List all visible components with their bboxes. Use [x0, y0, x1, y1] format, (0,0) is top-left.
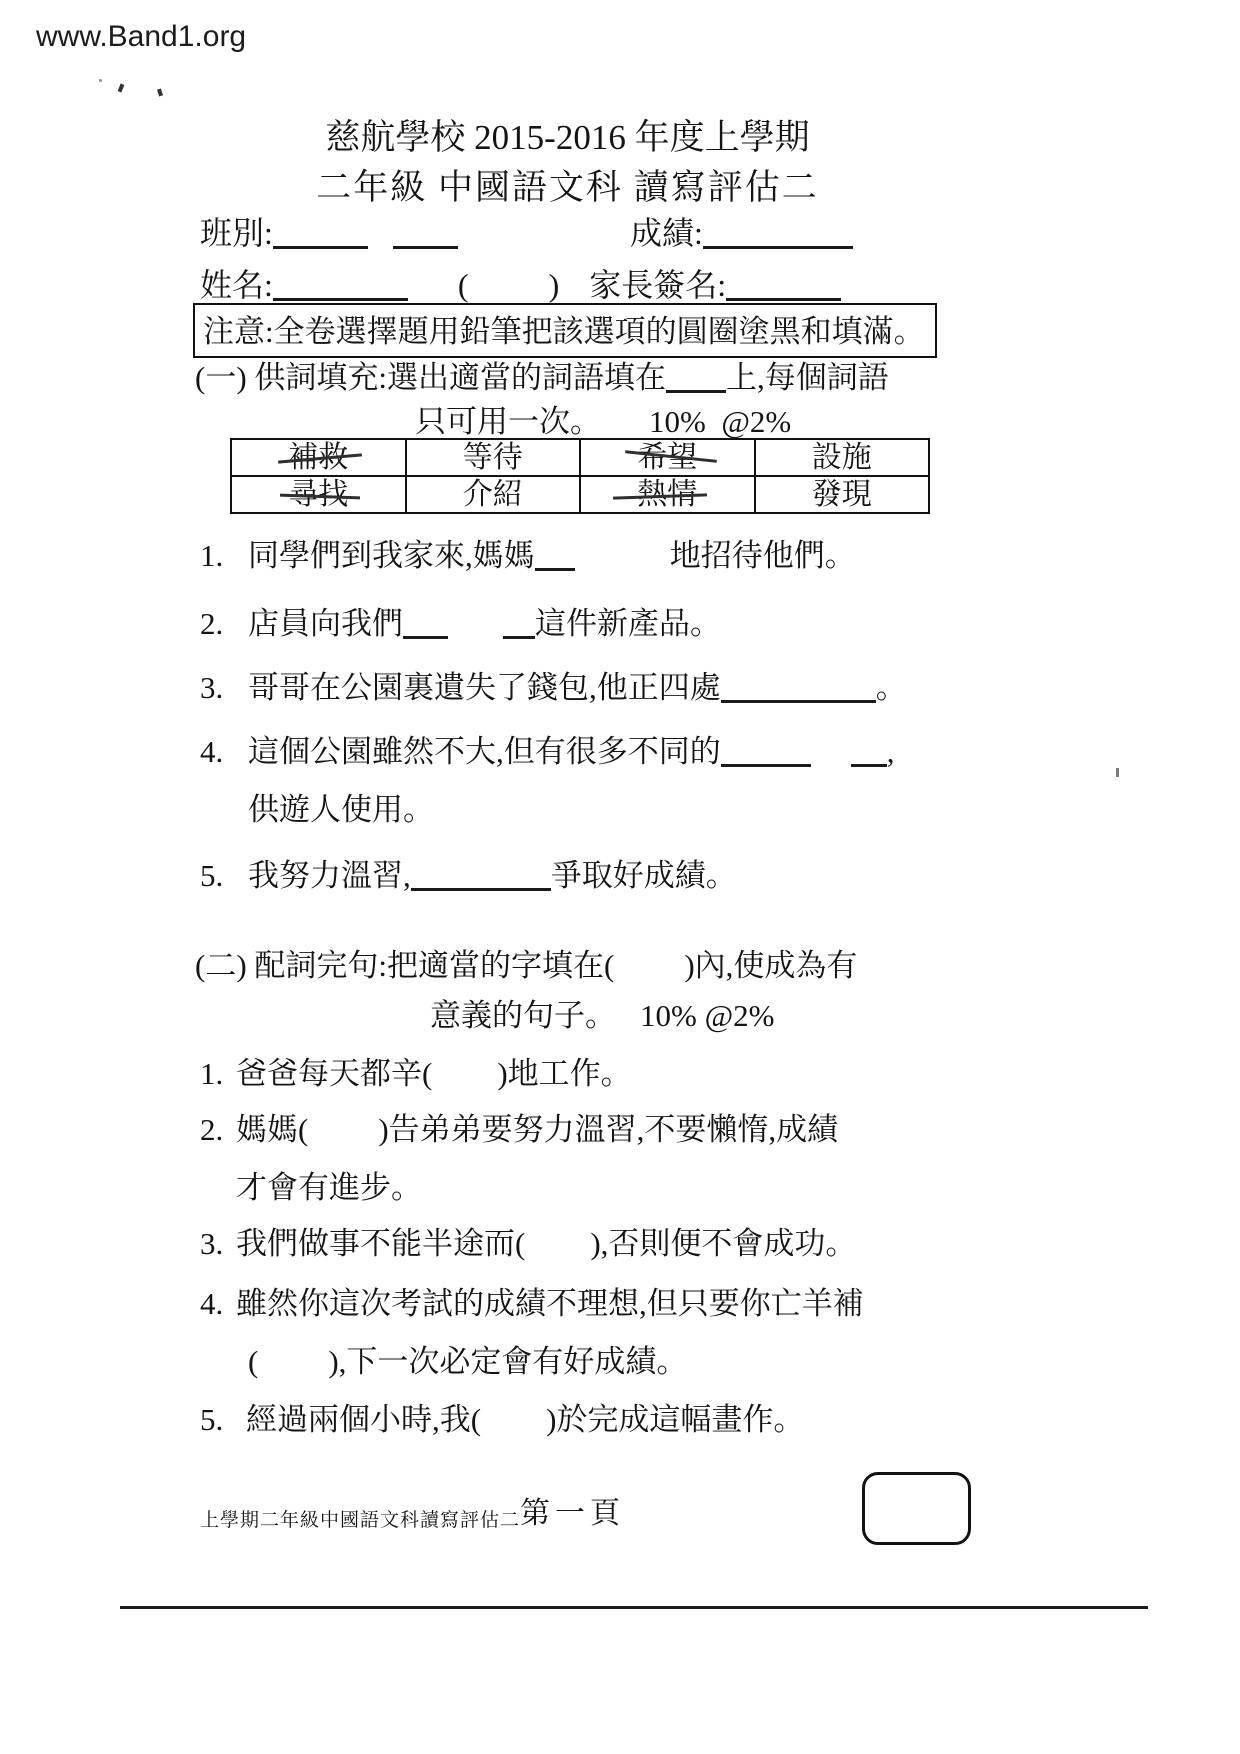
answer-blank-line [721, 761, 811, 767]
paren-space [308, 1136, 378, 1140]
bottom-scan-rule [120, 1606, 1148, 1609]
section2-heading-line2: 意義的句子。10% @2% [430, 990, 774, 1035]
footer-page-number: 第一頁 [520, 1488, 625, 1532]
paren-space [432, 1080, 497, 1084]
parent-sign-blank-line [726, 295, 841, 301]
section1-question-3: 3.哥哥在公園裏遺失了錢包,他正四處。 [200, 662, 907, 707]
notice-box: 注意:全卷選擇題用鉛筆把該選項的圓圈塗黑和填滿。 [193, 303, 937, 358]
section2-question-4-line2: (),下一次必定會有好成績。 [248, 1336, 687, 1381]
section2-question-5: 5.經過兩個小時,我()於完成這幅畫作。 [200, 1394, 804, 1439]
exam-paper-page: www.Band1.org 慈航學校 2015-2016 年度上學期 二年級 中… [0, 0, 1240, 1754]
answer-blank-line [503, 633, 535, 639]
section2-question-2: 2.媽媽()告弟弟要努力溫習,不要懶惰,成績 [200, 1104, 838, 1149]
score-blank-line [703, 243, 853, 249]
answer-blank-line [411, 885, 551, 891]
section2-question-2-line2: 才會有進步。 [236, 1162, 422, 1207]
scan-speck [1116, 768, 1119, 777]
score-label: 成績: [630, 215, 703, 251]
page-title-line1: 慈航學校 2015-2016 年度上學期 [195, 110, 940, 160]
word-bank-item: 熱情 [635, 480, 699, 510]
section2-score-note: 10% @2% [640, 998, 774, 1033]
form-row-name-sign: 姓名:()家長簽名: [200, 260, 841, 306]
answer-blank-line [721, 697, 876, 703]
heading-blank-line [666, 387, 726, 393]
section1-heading-line2: 只可用一次。10% @2% [415, 396, 791, 441]
section1-question-4-line2: 供遊人使用。 [248, 784, 434, 829]
score-group: 成績: [630, 208, 853, 254]
section1-question-4: 4.這個公園雖然不大,但有很多不同的, [200, 726, 895, 771]
section1-question-1: 1.同學們到我家來,媽媽地招待他們。 [200, 530, 856, 575]
class-number-close-paren: ) [549, 267, 560, 303]
section2-question-3: 3.我們做事不能半途而(),否則便不會成功。 [200, 1218, 856, 1263]
word-bank-item: 尋找 [286, 480, 350, 510]
form-row-class-score: 班別: 成績: [200, 208, 970, 254]
word-bank-item: 希望 [635, 443, 699, 473]
word-bank-row: 尋找 介紹 熱情 發現 [231, 476, 929, 513]
class-label: 班別: [200, 215, 273, 251]
scan-speck [118, 84, 125, 93]
word-bank-item: 設施 [810, 443, 874, 473]
section1-question-5: 5.我努力溫習,爭取好成績。 [200, 850, 737, 895]
word-bank-item: 介紹 [461, 480, 525, 510]
word-bank-item: 補救 [286, 443, 350, 473]
section1-question-2: 2.店員向我們這件新產品。 [200, 598, 721, 643]
watermark: www.Band1.org [36, 20, 246, 54]
word-bank-item: 等待 [461, 443, 525, 473]
score-corner-box [862, 1472, 971, 1545]
section2-question-4: 4.雖然你這次考試的成績不理想,但只要你亡羊補 [200, 1278, 864, 1323]
class-number-open-paren: ( [458, 267, 469, 303]
scan-speck [157, 89, 163, 97]
paren-space [614, 972, 684, 976]
answer-blank-line [851, 761, 887, 767]
section2-question-1: 1.爸爸每天都辛()地工作。 [200, 1048, 632, 1093]
class-number-space [469, 292, 549, 296]
name-blank-line [273, 295, 408, 301]
class-blank-line [273, 243, 368, 249]
answer-blank-line [403, 633, 448, 639]
section1-heading: (一) 供詞填充:選出適當的詞語填在上,每個詞語 [195, 352, 889, 397]
scan-speck [99, 79, 102, 82]
name-label: 姓名: [200, 267, 273, 303]
section1-score-note: 10% @2% [649, 404, 791, 439]
notice-text: 注意:全卷選擇題用鉛筆把該選項的圓圈塗黑和填滿。 [203, 314, 925, 349]
parent-sign-label: 家長簽名: [589, 267, 726, 303]
paren-space [525, 1250, 590, 1254]
paren-space [481, 1426, 546, 1430]
footer-doc-label: 上學期二年級中國語文科讀寫評估二 [200, 1505, 520, 1532]
class-blank-line-2 [393, 243, 458, 249]
word-bank-item: 發現 [810, 480, 874, 510]
word-bank-table: 補救 等待 希望 設施 尋找 介紹 熱情 發現 [230, 438, 930, 514]
section2-heading: (二) 配詞完句:把適當的字填在()內,使成為有 [195, 940, 857, 985]
page-title-line2: 二年級 中國語文科 讀寫評估二 [195, 160, 940, 210]
word-bank-row: 補救 等待 希望 設施 [231, 439, 929, 476]
answer-blank-line [535, 565, 575, 571]
paren-space [258, 1368, 328, 1372]
